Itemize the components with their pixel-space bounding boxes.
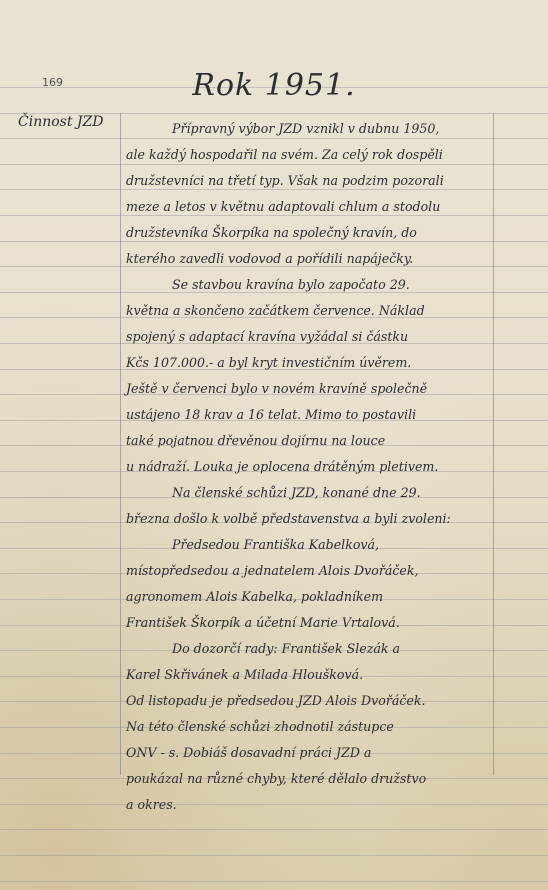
text-line: také pojatnou dřevěnou dojírnu na louce <box>126 428 488 454</box>
text-line: Přípravný výbor JZD vznikl v dubnu 1950, <box>126 116 488 142</box>
text-line: družstevníka Škorpíka na společný kravín… <box>126 220 488 246</box>
text-line: Ještě v červenci bylo v novém kravíně sp… <box>126 376 488 402</box>
text-line: František Škorpík a účetní Marie Vrtalov… <box>126 610 488 636</box>
text-line: Na členské schůzi JZD, konané dne 29. <box>126 480 488 506</box>
text-line: Kčs 107.000.- a byl kryt investičním úvě… <box>126 350 488 376</box>
text-line: ale každý hospodařil na svém. Za celý ro… <box>126 142 488 168</box>
text-line: družstevníci na třetí typ. Však na podzi… <box>126 168 488 194</box>
text-line: Karel Skřivánek a Milada Hloušková. <box>126 662 488 688</box>
text-line: místopředsedou a jednatelem Alois Dvořáč… <box>126 558 488 584</box>
text-line: spojený s adaptací kravína vyžádal si čá… <box>126 324 488 350</box>
text-line: a okres. <box>126 792 488 818</box>
text-line: ONV - s. Dobiáš dosavadní práci JZD a <box>126 740 488 766</box>
text-line: Se stavbou kravína bylo započato 29. <box>126 272 488 298</box>
ruled-line <box>0 829 548 830</box>
margin-label: Činnost JZD <box>18 114 103 130</box>
text-line: kterého zavedli vodovod a pořídili napáj… <box>126 246 488 272</box>
handwritten-body: Přípravný výbor JZD vznikl v dubnu 1950,… <box>126 116 488 818</box>
text-line: ustájeno 18 krav a 16 telat. Mimo to pos… <box>126 402 488 428</box>
ruled-line <box>0 881 548 882</box>
text-line: Na této členské schůzi zhodnotil zástupc… <box>126 714 488 740</box>
text-line: poukázal na různé chyby, které dělalo dr… <box>126 766 488 792</box>
text-line: Od listopadu je předsedou JZD Alois Dvoř… <box>126 688 488 714</box>
text-line: meze a letos v květnu adaptovali chlum a… <box>126 194 488 220</box>
text-line: května a skončeno začátkem července. Nák… <box>126 298 488 324</box>
ledger-page: 169 Rok 1951. Činnost JZD Přípravný výbo… <box>0 0 548 890</box>
text-line: u nádraží. Louka je oplocena drátěným pl… <box>126 454 488 480</box>
text-line: Do dozorčí rady: František Slezák a <box>126 636 488 662</box>
text-line: Předsedou Františka Kabelková, <box>126 532 488 558</box>
page-title: Rok 1951. <box>0 68 548 103</box>
text-line: agronomem Alois Kabelka, pokladníkem <box>126 584 488 610</box>
text-line: března došlo k volbě představenstva a by… <box>126 506 488 532</box>
ruled-line <box>0 855 548 856</box>
